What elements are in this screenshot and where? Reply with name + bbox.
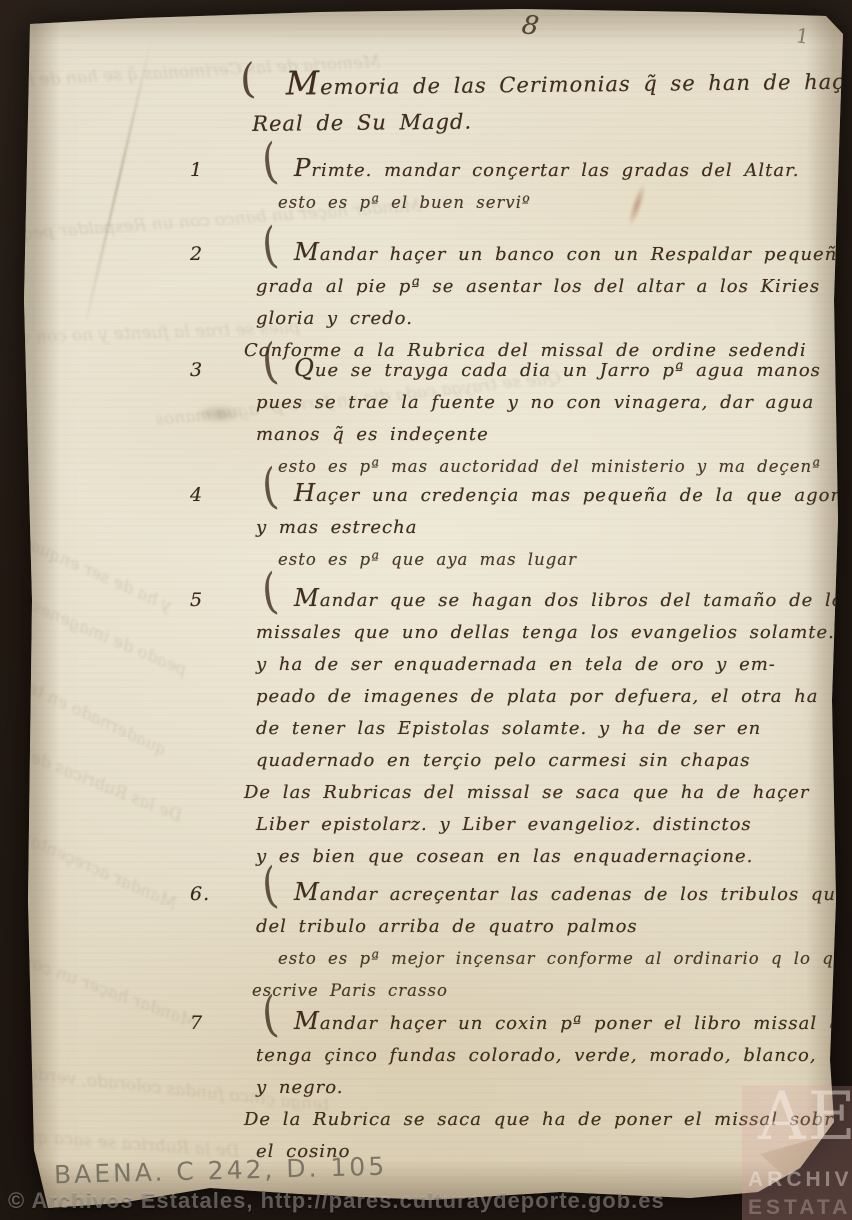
manuscript-item: 3 Que se trayga cada dia un Jarro pª agu… bbox=[188, 352, 848, 483]
manuscript-line: gloria y credo. bbox=[236, 303, 848, 335]
manuscript-line: escrive Paris crasso bbox=[236, 975, 848, 1007]
archive-reference-code: BAENA. C 242, D. 105 bbox=[54, 1152, 388, 1190]
ae-logo-initials: AE bbox=[758, 1086, 852, 1155]
manuscript-line: Mandar haçer un coxin pª poner el libro … bbox=[236, 1005, 848, 1040]
manuscript-line: De las Rubricas del missal se saca que h… bbox=[236, 777, 848, 809]
manuscript-line: Haçer una credençia mas pequeña de la qu… bbox=[236, 477, 848, 512]
manuscript-item: 2 Mandar haçer un banco con un Respaldar… bbox=[188, 236, 848, 367]
manuscript-line: esto es pª el buen serviº bbox=[236, 187, 848, 219]
item-number: 2 bbox=[190, 238, 220, 270]
item-number: 1 bbox=[190, 154, 220, 186]
manuscript-item: 4 Haçer una credençia mas pequeña de la … bbox=[188, 477, 848, 576]
manuscript-line: Primte. mandar conçertar las gradas del … bbox=[236, 152, 848, 187]
folio-number-ink: 8 bbox=[520, 9, 542, 43]
manuscript-line: esto es pª mejor inçensar conforme al or… bbox=[236, 943, 848, 975]
manuscript-line: grada al pie pª se asentar los del altar… bbox=[236, 271, 848, 303]
manuscript-line: del tribulo arriba de quatro palmos bbox=[236, 911, 848, 943]
manuscript-line: Mandar que se hagan dos libros del tamañ… bbox=[236, 582, 848, 617]
paper-wrap: Memoria de las Cerimonias q̃ se han de h… bbox=[0, 0, 852, 1220]
manuscript-line: Que se trayga cada dia un Jarro pª agua … bbox=[236, 352, 848, 387]
manuscript-line: tenga çinco fundas colorado, verde, mora… bbox=[236, 1040, 848, 1072]
bleedthrough-line: Mandar acreçentar las cadenas de los tri… bbox=[0, 718, 180, 914]
bleedthrough-line: y ha de ser enquadernada en tela de oro … bbox=[0, 435, 175, 616]
manuscript-item: 1 Primte. mandar conçertar las gradas de… bbox=[188, 152, 848, 219]
item-number: 5 bbox=[190, 584, 220, 616]
document-title: Memoria de las Cerimonias q̃ se han de h… bbox=[240, 58, 852, 142]
item-number: 6. bbox=[190, 878, 220, 910]
paper-crease bbox=[85, 37, 152, 320]
manuscript-line: esto es pª que aya mas lugar bbox=[236, 544, 848, 576]
item-number: 3 bbox=[190, 354, 220, 386]
manuscript-line: Mandar acreçentar las cadenas de los tri… bbox=[236, 876, 848, 911]
item-number: 7 bbox=[190, 1007, 220, 1039]
paper-sheet: Memoria de las Cerimonias q̃ se han de h… bbox=[0, 0, 852, 1220]
bleedthrough-line: quadernado en terçio pelo carmesi sin ch… bbox=[0, 574, 170, 760]
folio-number-pencil: 1 bbox=[794, 19, 813, 53]
manuscript-line: y ha de ser enquadernada en tela de oro … bbox=[236, 649, 848, 681]
manuscript-line: y es bien que cosean en las enquadernaçi… bbox=[236, 841, 848, 873]
manuscript-line: missales que uno dellas tenga los evange… bbox=[236, 617, 848, 649]
manuscript-line: y mas estrecha bbox=[236, 512, 848, 544]
manuscript-line: pues se trae la fuente y no con vinagera… bbox=[236, 387, 848, 419]
manuscript-line: de tener las Epistolas solamte. y ha de … bbox=[236, 713, 848, 745]
manuscript-item: 6. Mandar acreçentar las cadenas de los … bbox=[188, 876, 848, 1007]
manuscript-line: manos q̃ es indeçente bbox=[236, 419, 848, 451]
bleedthrough-line: Mandar haçer un coxin pª poner el libro … bbox=[0, 862, 200, 1033]
title-line: Memoria de las Cerimonias q̃ se han de h… bbox=[240, 58, 852, 106]
manuscript-line: peado de imagenes de plata por defuera, … bbox=[236, 681, 848, 713]
bleedthrough-line: peado de imagenes de plata por defuera, … bbox=[0, 489, 190, 680]
item-number: 4 bbox=[190, 479, 220, 511]
manuscript-line: Mandar haçer un banco con un Respaldar p… bbox=[236, 236, 848, 271]
manuscript-item: 5 Mandar que se hagan dos libros del tam… bbox=[188, 582, 848, 873]
manuscript-scan: Memoria de las Cerimonias q̃ se han de h… bbox=[0, 0, 852, 1220]
copyright-watermark: © Archivos Estatales, http://pares.cultu… bbox=[8, 1188, 848, 1214]
manuscript-line: quadernado en terçio pelo carmesi sin ch… bbox=[236, 745, 848, 777]
bleedthrough-line: De las Rubricas del missal se saca que h… bbox=[0, 643, 185, 826]
manuscript-line: Liber epistolarz. y Liber evangelioz. di… bbox=[236, 809, 848, 841]
